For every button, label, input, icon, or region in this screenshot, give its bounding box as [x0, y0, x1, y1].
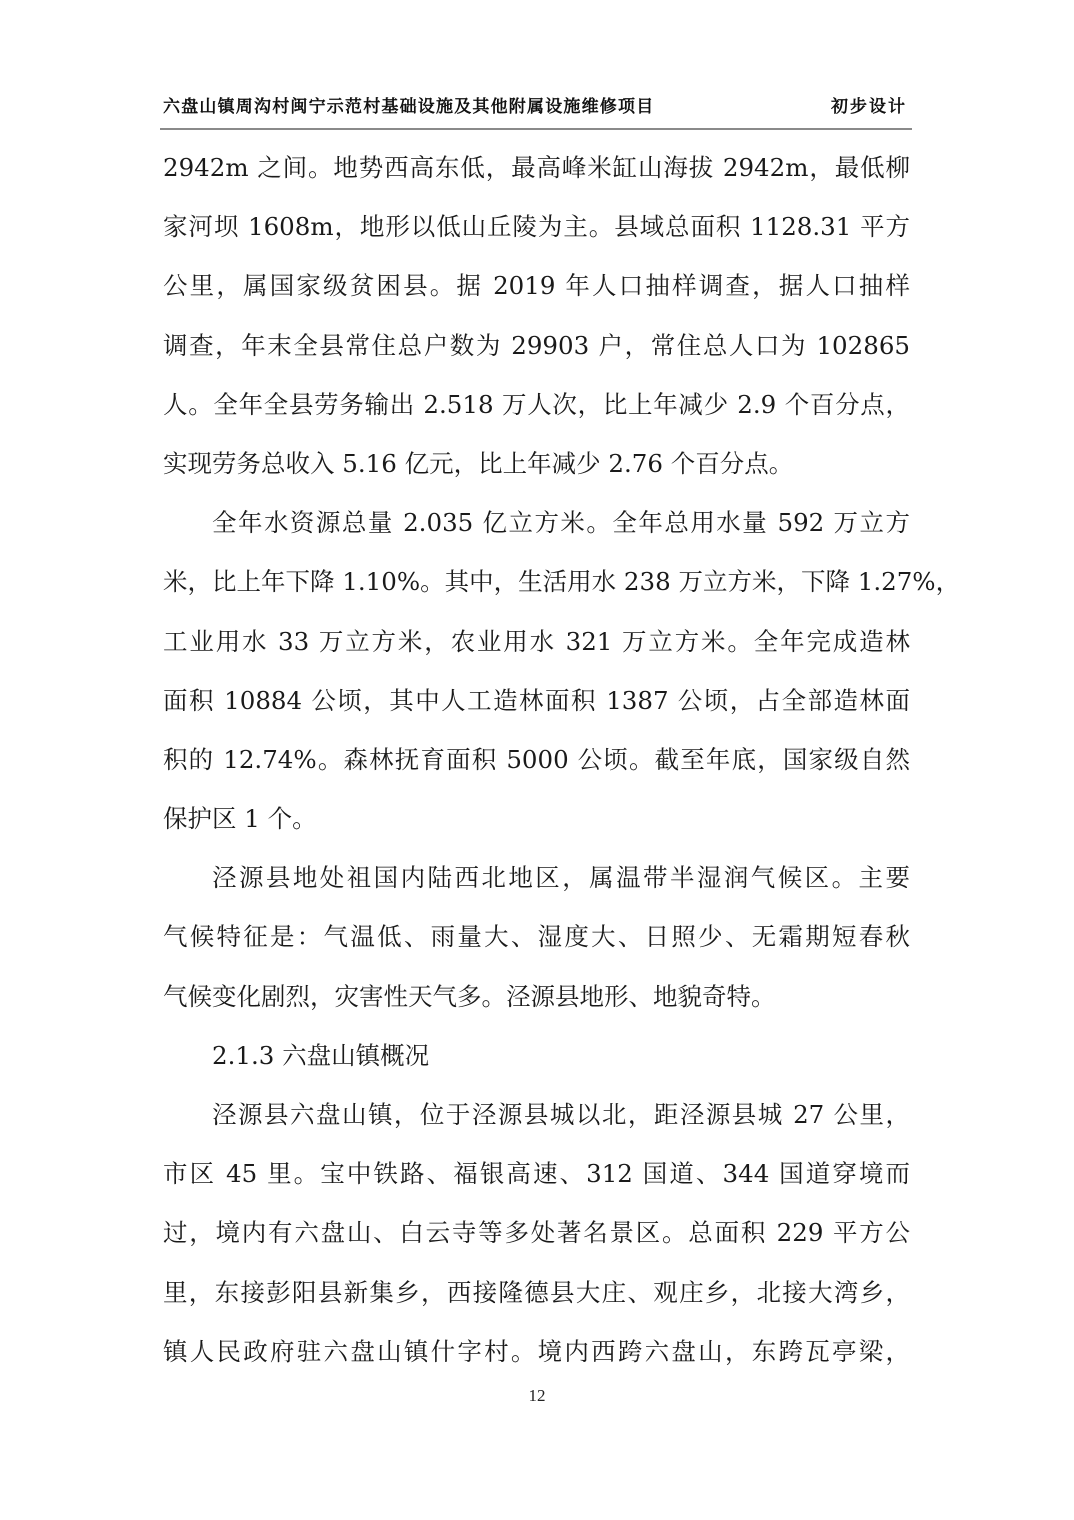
body-text: 2942m 之间。地势西高东低，最高峰米缸山海拔 2942m，最低柳 家河坝 1…	[163, 148, 910, 1391]
text-line: 米，比上年下降 1.10%。其中，生活用水 238 万立方米，下降 1.27%，	[163, 562, 910, 621]
text-line: 里，东接彭阳县新集乡，西接隆德县大庄、观庄乡，北接大湾乡，	[163, 1273, 910, 1332]
text-line: 2942m 之间。地势西高东低，最高峰米缸山海拔 2942m，最低柳	[163, 148, 910, 207]
text-line: 市区 45 里。宝中铁路、福银高速、312 国道、344 国道穿境而	[163, 1154, 910, 1213]
text-line: 家河坝 1608m，地形以低山丘陵为主。县域总面积 1128.31 平方	[163, 207, 910, 266]
section-heading: 2.1.3 六盘山镇概况	[163, 1036, 910, 1095]
text-line: 气候变化剧烈，灾害性天气多。泾源县地形、地貌奇特。	[163, 977, 910, 1036]
document-page: 六盘山镇周沟村闽宁示范村基础设施及其他附属设施维修项目 初步设计 2942m 之…	[0, 0, 1074, 1520]
text-line: 全年水资源总量 2.035 亿立方米。全年总用水量 592 万立方	[163, 503, 910, 562]
text-line: 泾源县六盘山镇，位于泾源县城以北，距泾源县城 27 公里，	[163, 1095, 910, 1154]
text-line: 气候特征是：气温低、雨量大、湿度大、日照少、无霜期短春秋	[163, 917, 910, 976]
text-line: 实现劳务总收入 5.16 亿元，比上年减少 2.76 个百分点。	[163, 444, 910, 503]
text-line: 过，境内有六盘山、白云寺等多处著名景区。总面积 229 平方公	[163, 1213, 910, 1272]
header-project-title: 六盘山镇周沟村闽宁示范村基础设施及其他附属设施维修项目	[163, 92, 654, 117]
page-number: 12	[0, 1386, 1074, 1406]
header-stage-label: 初步设计	[831, 92, 907, 117]
text-line: 公里，属国家级贫困县。据 2019 年人口抽样调查，据人口抽样	[163, 266, 910, 325]
text-line: 人。全年全县劳务输出 2.518 万人次，比上年减少 2.9 个百分点，	[163, 385, 910, 444]
text-line: 泾源县地处祖国内陆西北地区，属温带半湿润气候区。主要	[163, 858, 910, 917]
text-line: 面积 10884 公顷，其中人工造林面积 1387 公顷，占全部造林面	[163, 681, 910, 740]
text-line: 保护区 1 个。	[163, 799, 910, 858]
text-line: 调查，年末全县常住总户数为 29903 户，常住总人口为 102865	[163, 326, 910, 385]
text-line: 镇人民政府驻六盘山镇什字村。境内西跨六盘山，东跨瓦亭梁，	[163, 1332, 910, 1391]
running-header: 六盘山镇周沟村闽宁示范村基础设施及其他附属设施维修项目 初步设计	[163, 92, 911, 122]
header-divider	[160, 128, 912, 130]
text-line: 工业用水 33 万立方米，农业用水 321 万立方米。全年完成造林	[163, 622, 910, 681]
text-line: 积的 12.74%。森林抚育面积 5000 公顷。截至年底，国家级自然	[163, 740, 910, 799]
